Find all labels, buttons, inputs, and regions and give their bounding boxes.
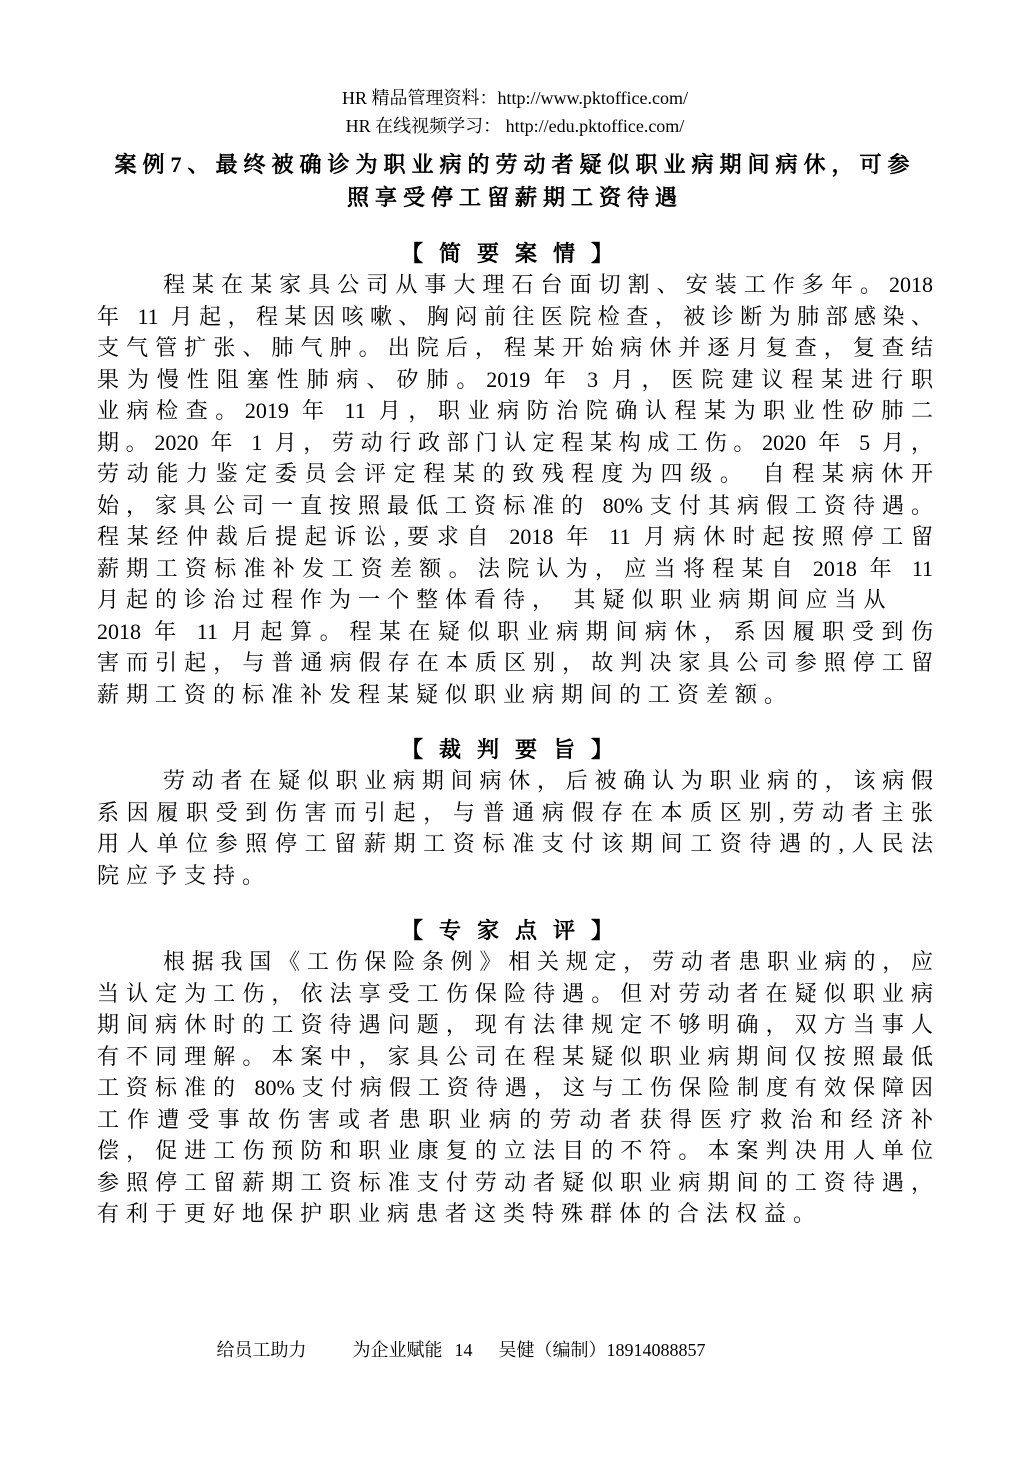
body-line: 期间病休时的工资待遇问题，现有法律规定不够明确，双方当事人 [97,1009,933,1041]
section-brief-facts: 【简要案情】 程某在某家具公司从事大理石台面切割、安装工作多年。2018 年 1… [97,238,933,710]
section-expert-commentary: 【专家点评】 根据我国《工伤保险条例》相关规定，劳动者患职业病的，应 当认定为工… [97,915,933,1230]
section-heading: 【简要案情】 [97,238,933,269]
body-line: 始，家具公司一直按照最低工资标准的 80%支付其病假工资待遇。 [97,490,933,522]
body-line: 支气管扩张、肺气肿。出院后，程某开始病休并逐月复查，复查结 [97,332,933,364]
body-line: 当认定为工伤，依法享受工伤保险待遇。但对劳动者在疑似职业病 [97,978,933,1010]
section-heading: 【专家点评】 [97,915,933,946]
body-line: 根据我国《工伤保险条例》相关规定，劳动者患职业病的，应 [97,946,933,978]
body-line: 2018 年 11 月起算。程某在疑似职业病期间病休，系因履职受到伤 [97,616,933,648]
body-line: 害而引起，与普通病假存在本质区别，故判决家具公司参照停工留 [97,647,933,679]
body-line: 期。2020 年 1 月，劳动行政部门认定程某构成工伤。2020 年 5 月， [97,427,933,459]
footer-slogan-1: 给员工助力 [217,1337,307,1363]
body-line: 年 11 月起，程某因咳嗽、胸闷前往医院检查，被诊断为肺部感染、 [97,301,933,333]
body-line: 月起的诊治过程作为一个整体看待， 其疑似职业病期间应当从 [97,584,933,616]
document-page: HR 精品管理资料：http://www.pktoffice.com/ HR 在… [0,0,1032,1457]
page-number: 14 [455,1337,473,1363]
doc-footer: 给员工助力 为企业赋能 14 吴健（编制）18914088857 [0,1337,1032,1363]
body-line: 业病检查。2019 年 11 月，职业病防治院确认程某为职业性矽肺二 [97,395,933,427]
body-line: 工作遭受事故伤害或者患职业病的劳动者获得医疗救治和经济补 [97,1104,933,1136]
doc-header-line-1: HR 精品管理资料：http://www.pktoffice.com/ [97,84,933,112]
doc-header: HR 精品管理资料：http://www.pktoffice.com/ HR 在… [97,84,933,140]
doc-header-line-2: HR 在线视频学习： http://edu.pktoffice.com/ [97,112,933,140]
body-line: 劳动能力鉴定委员会评定程某的致残程度为四级。 自程某病休开 [97,458,933,490]
body-line: 系因履职受到伤害而引起，与普通病假存在本质区别,劳动者主张 [97,797,933,829]
body-line: 用人单位参照停工留薪期工资标准支付该期间工资待遇的,人民法 [97,828,933,860]
body-line: 偿，促进工伤预防和职业康复的立法目的不符。本案判决用人单位 [97,1135,933,1167]
body-line: 程某在某家具公司从事大理石台面切割、安装工作多年。2018 [97,269,933,301]
paragraph: 程某在某家具公司从事大理石台面切割、安装工作多年。2018 年 11 月起，程某… [97,269,933,710]
footer-slogan-2: 为企业赋能 [353,1337,443,1363]
body-line: 有不同理解。本案中，家具公司在程某疑似职业病期间仅按照最低 [97,1041,933,1073]
doc-title-line-1: 案例7、最终被确诊为职业病的劳动者疑似职业病期间病休，可参 [97,148,933,181]
section-heading: 【裁判要旨】 [97,734,933,765]
body-line: 劳动者在疑似职业病期间病休，后被确认为职业病的，该病假 [97,765,933,797]
paragraph: 劳动者在疑似职业病期间病休，后被确认为职业病的，该病假 系因履职受到伤害而引起，… [97,765,933,891]
body-line: 参照停工留薪期工资标准支付劳动者疑似职业病期间的工资待遇， [97,1167,933,1199]
doc-title-line-2: 照享受停工留薪期工资待遇 [97,181,933,214]
section-judgment-gist: 【裁判要旨】 劳动者在疑似职业病期间病休，后被确认为职业病的，该病假 系因履职受… [97,734,933,891]
body-line: 工资标准的 80%支付病假工资待遇，这与工伤保险制度有效保障因 [97,1072,933,1104]
body-line: 薪期工资的标准补发程某疑似职业病期间的工资差额。 [97,679,933,711]
body-line: 有利于更好地保护职业病患者这类特殊群体的合法权益。 [97,1198,933,1230]
footer-author: 吴健（编制）18914088857 [499,1337,706,1363]
body-line: 薪期工资标准补发工资差额。法院认为，应当将程某自 2018 年 11 [97,553,933,585]
doc-title: 案例7、最终被确诊为职业病的劳动者疑似职业病期间病休，可参 照享受停工留薪期工资… [97,148,933,214]
body-line: 院应予支持。 [97,860,933,892]
body-line: 果为慢性阻塞性肺病、矽肺。2019 年 3 月，医院建议程某进行职 [97,364,933,396]
paragraph: 根据我国《工伤保险条例》相关规定，劳动者患职业病的，应 当认定为工伤，依法享受工… [97,946,933,1230]
document-content: HR 精品管理资料：http://www.pktoffice.com/ HR 在… [97,84,933,1230]
body-line: 程某经仲裁后提起诉讼,要求自 2018 年 11 月病休时起按照停工留 [97,521,933,553]
